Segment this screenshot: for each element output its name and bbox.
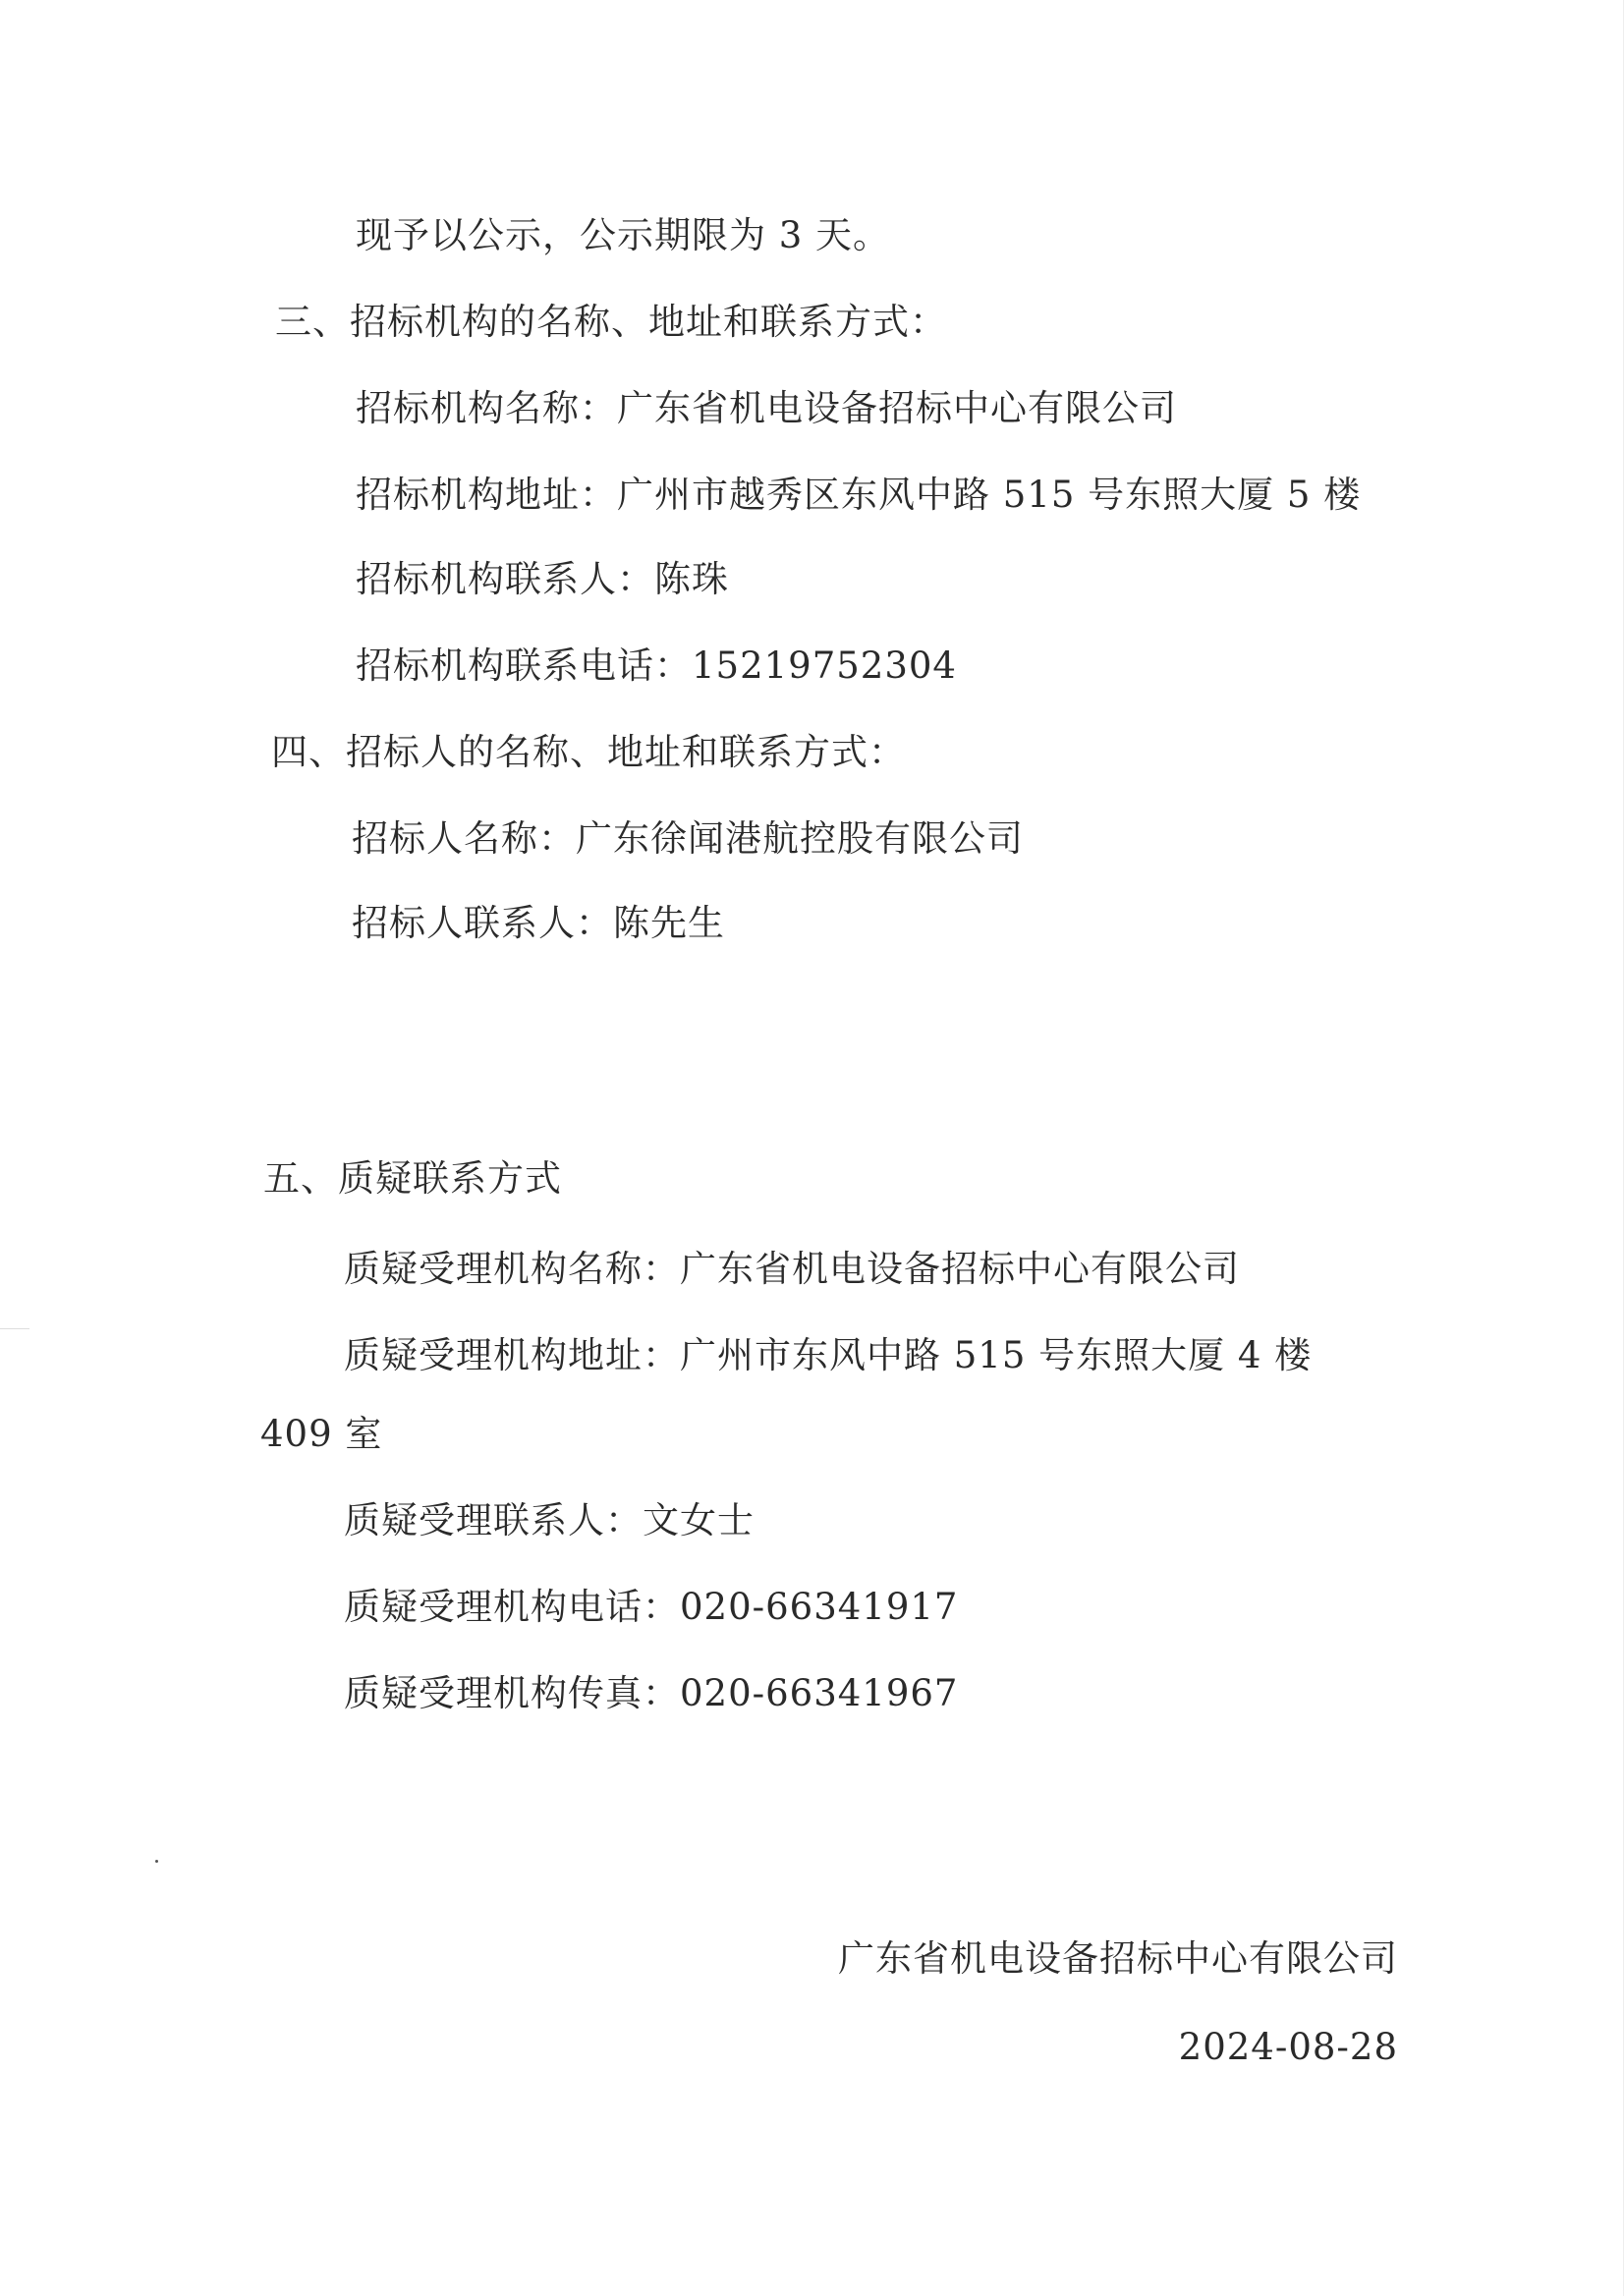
signature-date: 2024-08-28 [1179,2024,1398,2071]
section5-heading: 五、质疑联系方式 [263,1155,562,1203]
agency-phone: 招标机构联系电话：15219752304 [356,643,957,690]
scan-mark [0,1328,29,1329]
tenderer-name: 招标人名称：广东徐闻港航控股有限公司 [352,815,1024,863]
section3-heading: 三、招标机构的名称、地址和联系方式： [275,299,947,346]
signature-org: 广东省机电设备招标中心有限公司 [838,1935,1398,1983]
scan-dot [155,1860,158,1863]
complaint-phone: 质疑受理机构电话：020-66341917 [344,1584,958,1631]
agency-name: 招标机构名称：广东省机电设备招标中心有限公司 [356,385,1177,432]
section4-heading: 四、招标人的名称、地址和联系方式： [271,729,906,776]
complaint-contact: 质疑受理联系人：文女士 [344,1497,755,1544]
complaint-agency-address: 质疑受理机构地址：广州市东风中路 515 号东照大厦 4 楼 [344,1332,1312,1379]
intro-line: 现予以公示，公示期限为 3 天。 [356,212,890,259]
agency-contact: 招标机构联系人：陈珠 [356,556,729,603]
complaint-agency-address-cont: 409 室 [260,1411,382,1458]
agency-address: 招标机构地址：广州市越秀区东风中路 515 号东照大厦 5 楼 [356,472,1361,519]
complaint-agency-name: 质疑受理机构名称：广东省机电设备招标中心有限公司 [344,1246,1240,1293]
complaint-fax: 质疑受理机构传真：020-66341967 [344,1670,958,1717]
tenderer-contact: 招标人联系人：陈先生 [352,900,725,947]
